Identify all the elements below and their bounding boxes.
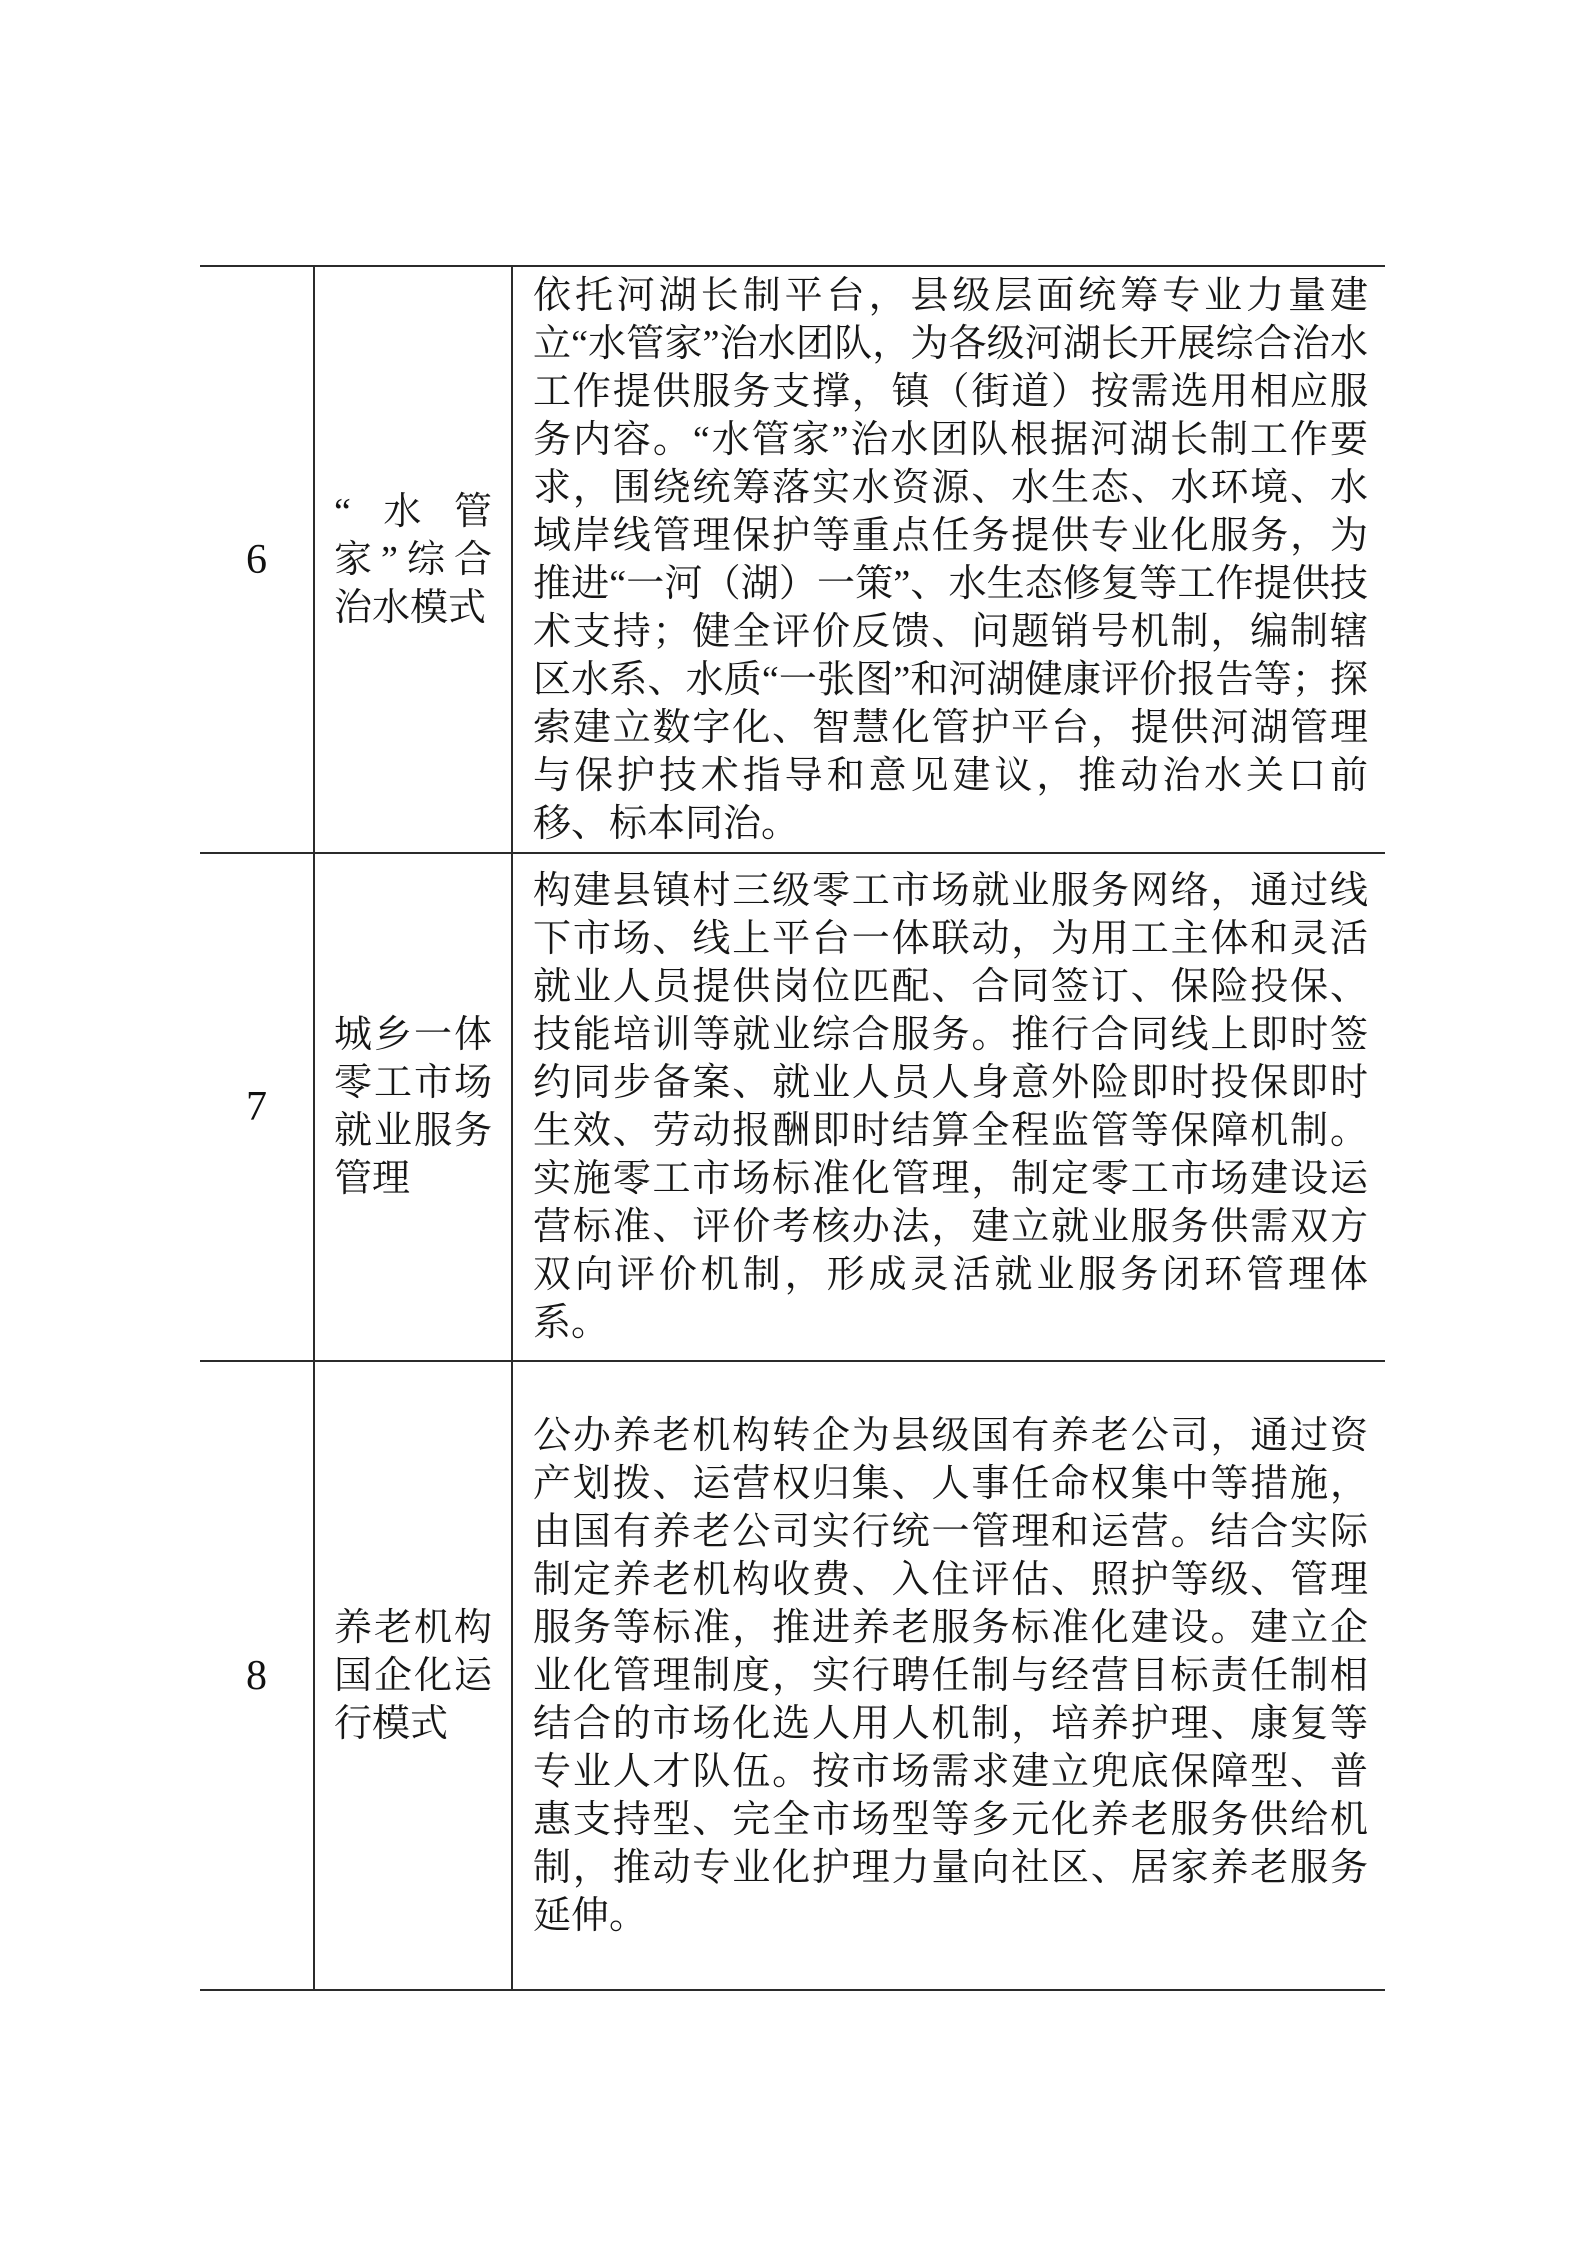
mode-title: 城乡一体零工市场就业服务管理: [334, 1011, 492, 1203]
row-title-cell: 城乡一体零工市场就业服务管理: [315, 854, 513, 1360]
table-row: 6 “水管家”综合治水模式 依托河湖长制平台，县级层面统筹专业力量建立“水管家”…: [200, 267, 1385, 852]
row-title-cell: “水管家”综合治水模式: [315, 267, 513, 852]
mode-title: “水管家”综合治水模式: [334, 488, 492, 632]
mode-description: 构建县镇村三级零工市场就业服务网络，通过线下市场、线上平台一体联动，为用工主体和…: [533, 867, 1368, 1347]
row-number: 8: [246, 1652, 267, 1700]
mode-description: 依托河湖长制平台，县级层面统筹专业力量建立“水管家”治水团队，为各级河湖长开展综…: [533, 272, 1368, 848]
modes-table: 6 “水管家”综合治水模式 依托河湖长制平台，县级层面统筹专业力量建立“水管家”…: [200, 265, 1385, 1991]
row-number: 7: [246, 1083, 267, 1131]
row-description-cell: 依托河湖长制平台，县级层面统筹专业力量建立“水管家”治水团队，为各级河湖长开展综…: [513, 267, 1385, 852]
row-number-cell: 6: [200, 267, 315, 852]
mode-description: 公办养老机构转企为县级国有养老公司，通过资产划拨、运营权归集、人事任命权集中等措…: [533, 1412, 1368, 1940]
row-number-cell: 8: [200, 1362, 315, 1989]
row-description-cell: 公办养老机构转企为县级国有养老公司，通过资产划拨、运营权归集、人事任命权集中等措…: [513, 1362, 1385, 1989]
document-page: 6 “水管家”综合治水模式 依托河湖长制平台，县级层面统筹专业力量建立“水管家”…: [0, 0, 1587, 2245]
row-number-cell: 7: [200, 854, 315, 1360]
table-row: 7 城乡一体零工市场就业服务管理 构建县镇村三级零工市场就业服务网络，通过线下市…: [200, 852, 1385, 1360]
mode-title: 养老机构国企化运行模式: [334, 1604, 492, 1748]
row-description-cell: 构建县镇村三级零工市场就业服务网络，通过线下市场、线上平台一体联动，为用工主体和…: [513, 854, 1385, 1360]
table-row: 8 养老机构国企化运行模式 公办养老机构转企为县级国有养老公司，通过资产划拨、运…: [200, 1360, 1385, 1989]
row-number: 6: [246, 536, 267, 584]
row-title-cell: 养老机构国企化运行模式: [315, 1362, 513, 1989]
